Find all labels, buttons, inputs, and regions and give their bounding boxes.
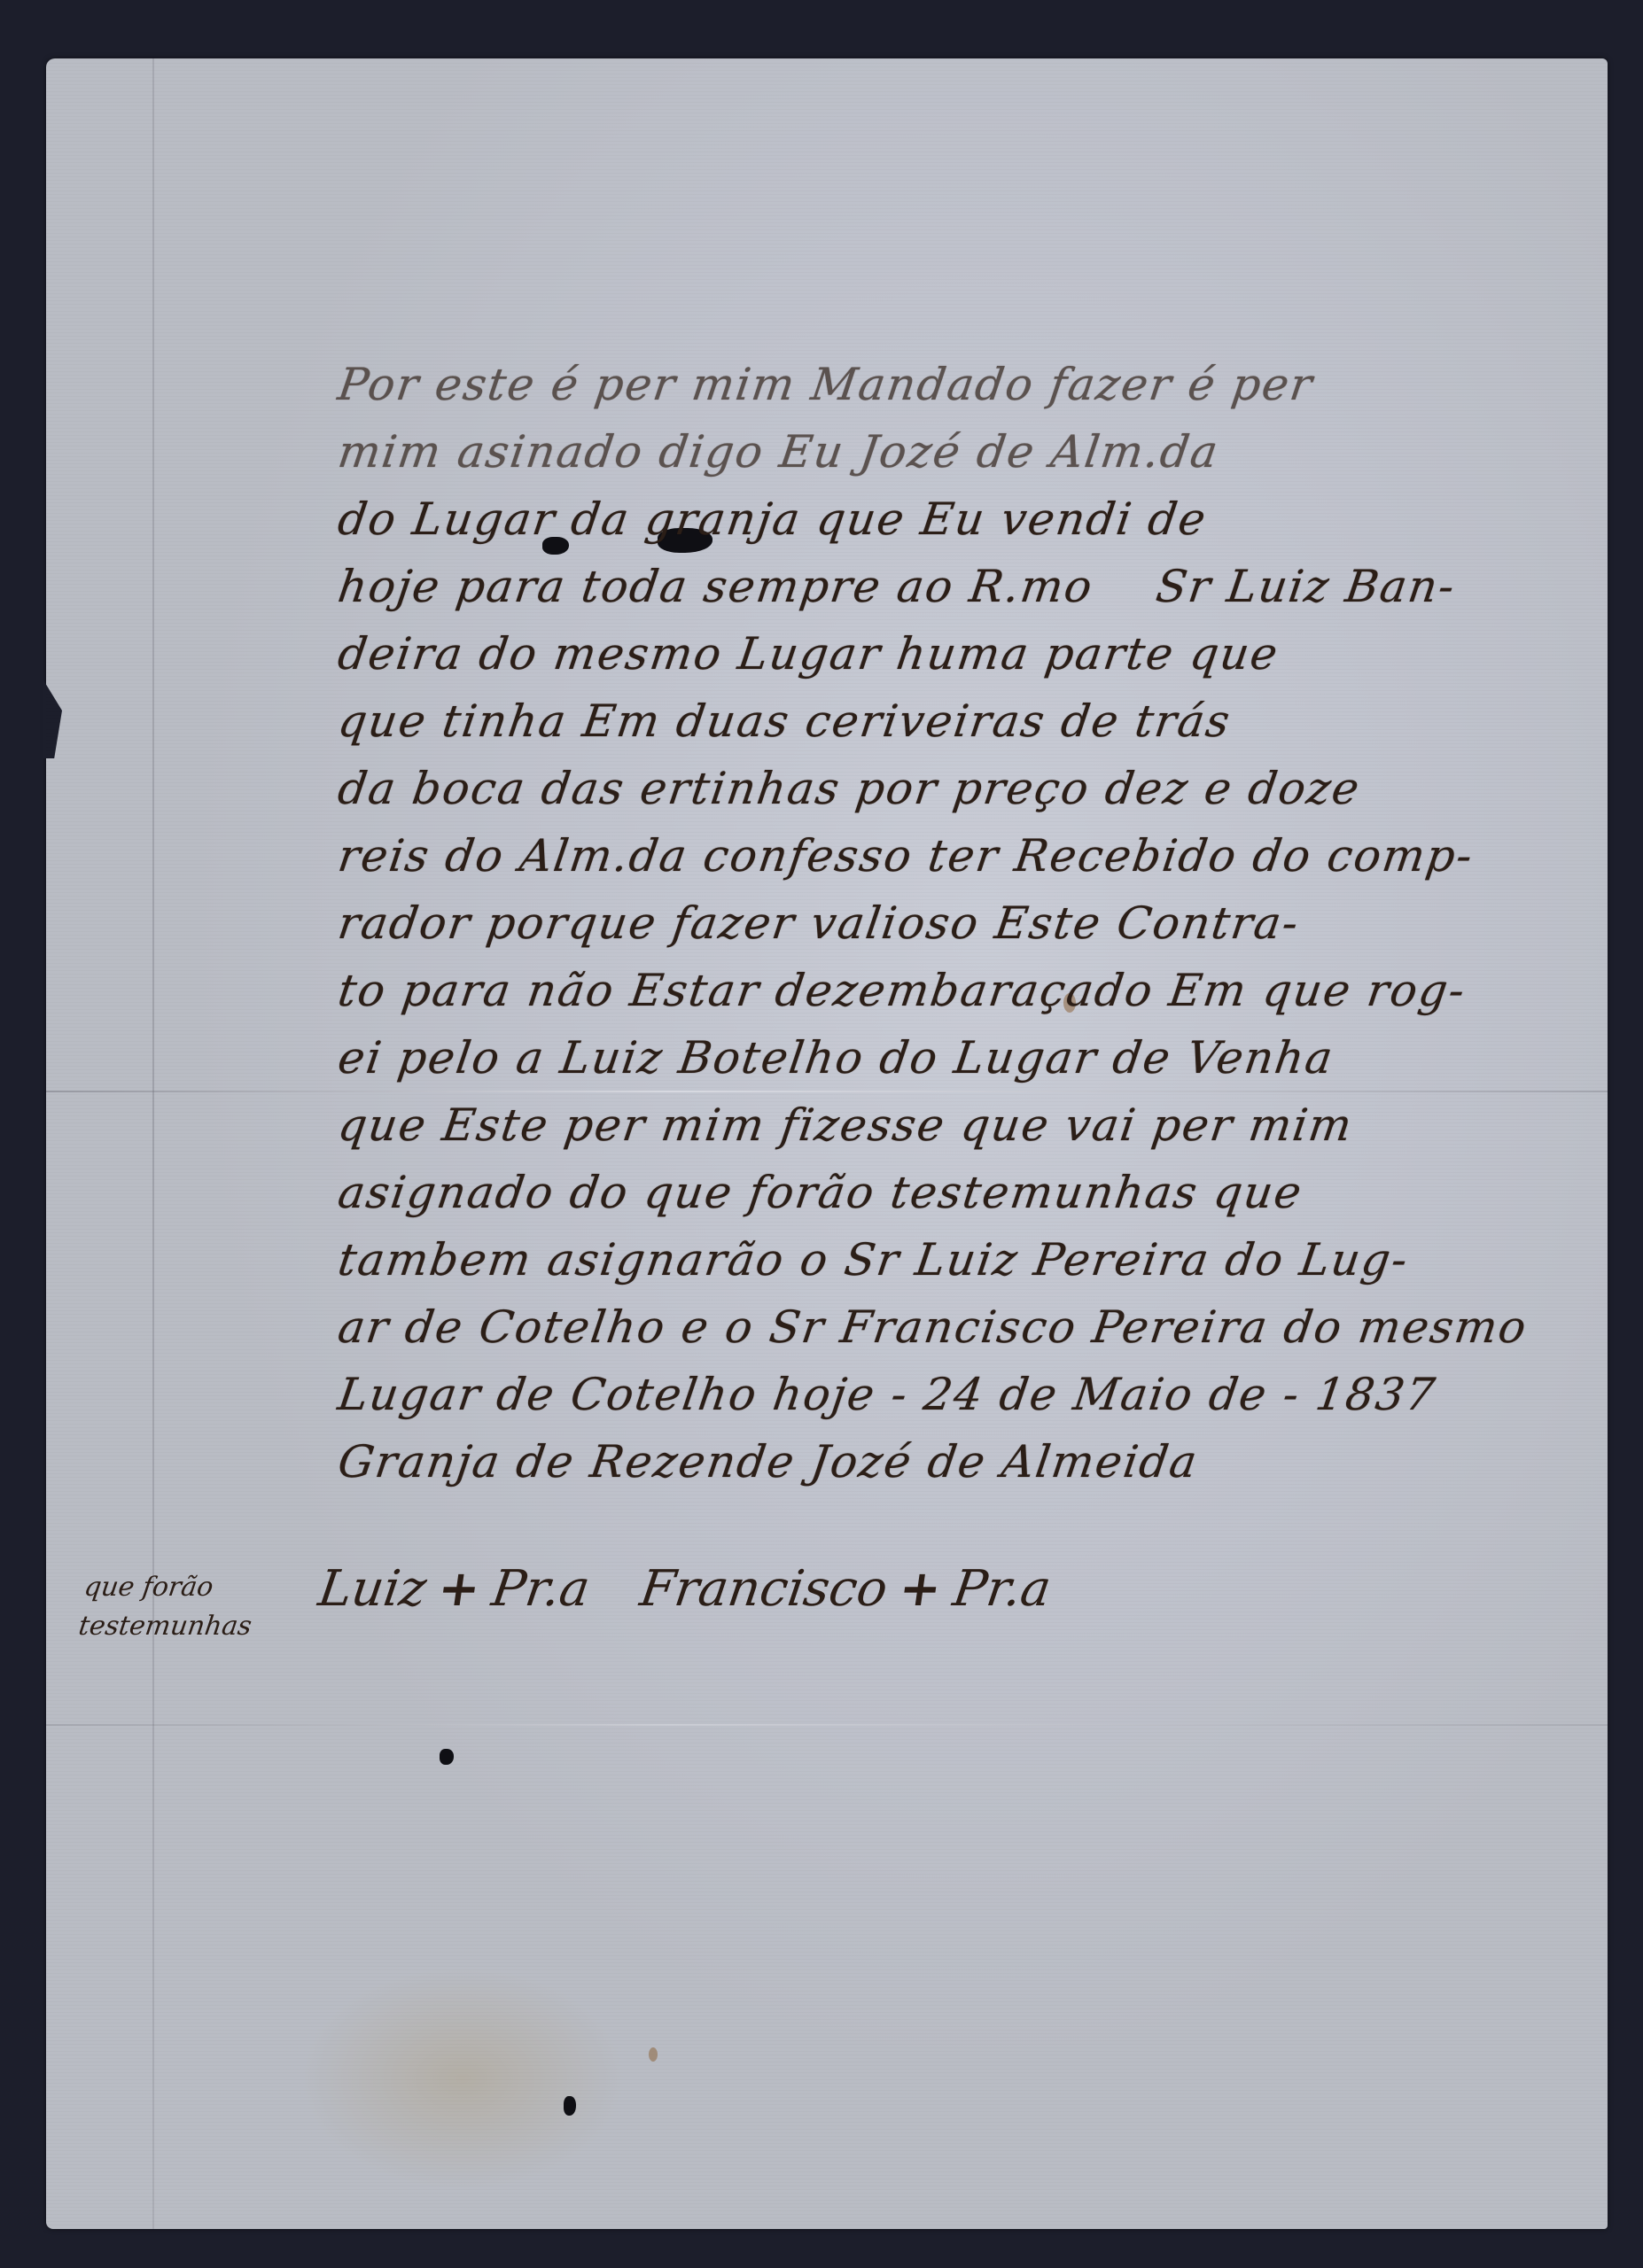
vertical-fold-crease <box>152 58 154 2229</box>
body-line: Por este é per mim Mandado fazer é per <box>334 351 1620 418</box>
signature-suffix: Pr.a <box>488 1560 594 1618</box>
witness-signatures: Luiz+Pr.a Francisco+Pr.a <box>315 1559 1090 1618</box>
body-line: hoje para toda sempre ao R.mo Sr Luiz Ba… <box>334 553 1620 620</box>
signature-name: Luiz <box>315 1560 430 1618</box>
body-line: que tinha Em duas ceriveiras de trás <box>334 687 1620 755</box>
body-line: tambem asignarão o Sr Luiz Pereira do Lu… <box>334 1226 1620 1293</box>
body-line: do Lugar da granja que Eu vendi de <box>334 485 1620 553</box>
manuscript-page: Por este é per mim Mandado fazer é per m… <box>46 58 1608 2229</box>
cross-mark-icon: + <box>895 1559 945 1618</box>
ink-blot <box>440 1749 454 1765</box>
foxing-stain-lower <box>649 2047 658 2062</box>
signature-name: Francisco <box>636 1560 891 1618</box>
body-line: rador porque fazer valioso Este Contra- <box>334 889 1620 957</box>
body-line: mim asinado digo Eu Jozé de Alm.da <box>334 418 1620 485</box>
cross-mark-icon: + <box>434 1559 484 1618</box>
ink-blot-lower <box>564 2096 576 2116</box>
signature-witness-1: Luiz+Pr.a <box>315 1560 609 1618</box>
body-line: ei pelo a Luiz Botelho do Lugar de Venha <box>334 1024 1620 1091</box>
body-line: que Este per mim fizesse que vai per mim <box>334 1091 1620 1159</box>
body-line: deira do mesmo Lugar huma parte que <box>334 620 1620 687</box>
body-line: Granja de Rezende Jozé de Almeida <box>334 1428 1620 1495</box>
body-line: reis do Alm.da confesso ter Recebido do … <box>334 822 1620 889</box>
body-line: to para não Estar dezembaraçado Em que r… <box>334 957 1620 1024</box>
body-line: da boca das ertinhas por preço dez e doz… <box>334 755 1620 822</box>
body-line: asignado do que forão testemunhas que <box>334 1159 1620 1226</box>
manuscript-body: Por este é per mim Mandado fazer é per m… <box>339 351 1615 1495</box>
margin-note-line: testemunhas <box>76 1607 254 1646</box>
horizontal-fold-crease-lower <box>46 1724 1608 1726</box>
signature-suffix: Pr.a <box>949 1560 1055 1618</box>
signature-witness-2: Francisco+Pr.a <box>636 1560 1055 1618</box>
body-line: ar de Cotelho e o Sr Francisco Pereira d… <box>334 1293 1620 1361</box>
margin-note-line: que forão <box>82 1568 260 1607</box>
margin-note: que forão testemunhas <box>76 1568 260 1646</box>
body-line: Lugar de Cotelho hoje - 24 de Maio de - … <box>334 1361 1620 1428</box>
